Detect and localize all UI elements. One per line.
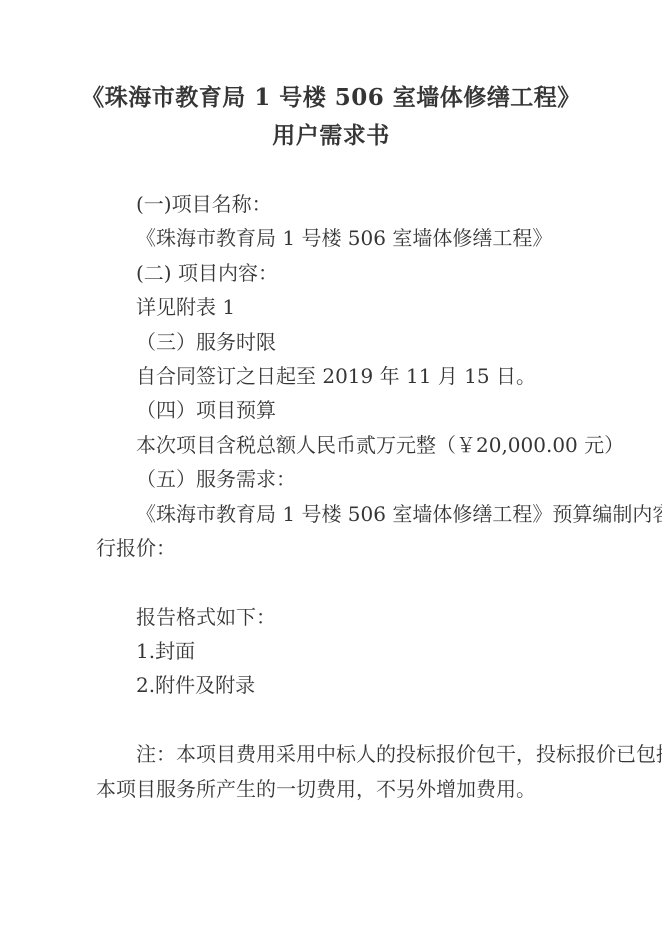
doc-line-section-4-heading: （四）项目预算 — [96, 393, 572, 427]
doc-line-report-item-1: 1.封面 — [96, 634, 572, 668]
document-body: (一)项目名称： 《珠海市教育局 1 号楼 506 室墙体修缮工程》 (二) 项… — [96, 187, 572, 806]
doc-line-see-appendix: 详见附表 1 — [96, 290, 572, 324]
doc-line-note-1: 注：本项目费用采用中标人的投标报价包干，投标报价已包括 — [96, 737, 572, 771]
doc-line-budget-amount: 本次项目含税总额人民币贰万元整（￥20,000.00 元） — [96, 428, 572, 462]
doc-line-service-demand-2: 行报价： — [96, 531, 572, 565]
doc-line-section-2-heading: (二) 项目内容： — [96, 256, 572, 290]
doc-line-blank — [96, 703, 572, 737]
doc-line-section-5-heading: （五）服务需求： — [96, 462, 572, 496]
document-page: 《珠海市教育局 1 号楼 506 室墙体修缮工程》 用户需求书 (一)项目名称：… — [0, 0, 662, 936]
doc-line-report-item-2: 2.附件及附录 — [96, 668, 572, 702]
document-title: 《珠海市教育局 1 号楼 506 室墙体修缮工程》 用户需求书 — [0, 79, 662, 155]
doc-line-note-2: 本项目服务所产生的一切费用，不另外增加费用。 — [96, 772, 572, 806]
doc-line-section-3-heading: （三）服务时限 — [96, 325, 572, 359]
doc-line-blank — [96, 565, 572, 599]
doc-line-service-demand-1: 《珠海市教育局 1 号楼 506 室墙体修缮工程》预算编制内容进 — [96, 497, 572, 531]
doc-line-section-1-heading: (一)项目名称： — [96, 187, 572, 221]
doc-line-service-deadline: 自合同签订之日起至 2019 年 11 月 15 日。 — [96, 359, 572, 393]
document-title-line-2: 用户需求书 — [0, 117, 662, 155]
doc-line-report-format: 报告格式如下： — [96, 600, 572, 634]
document-title-line-1: 《珠海市教育局 1 号楼 506 室墙体修缮工程》 — [0, 79, 662, 117]
doc-line-project-name: 《珠海市教育局 1 号楼 506 室墙体修缮工程》 — [96, 221, 572, 255]
